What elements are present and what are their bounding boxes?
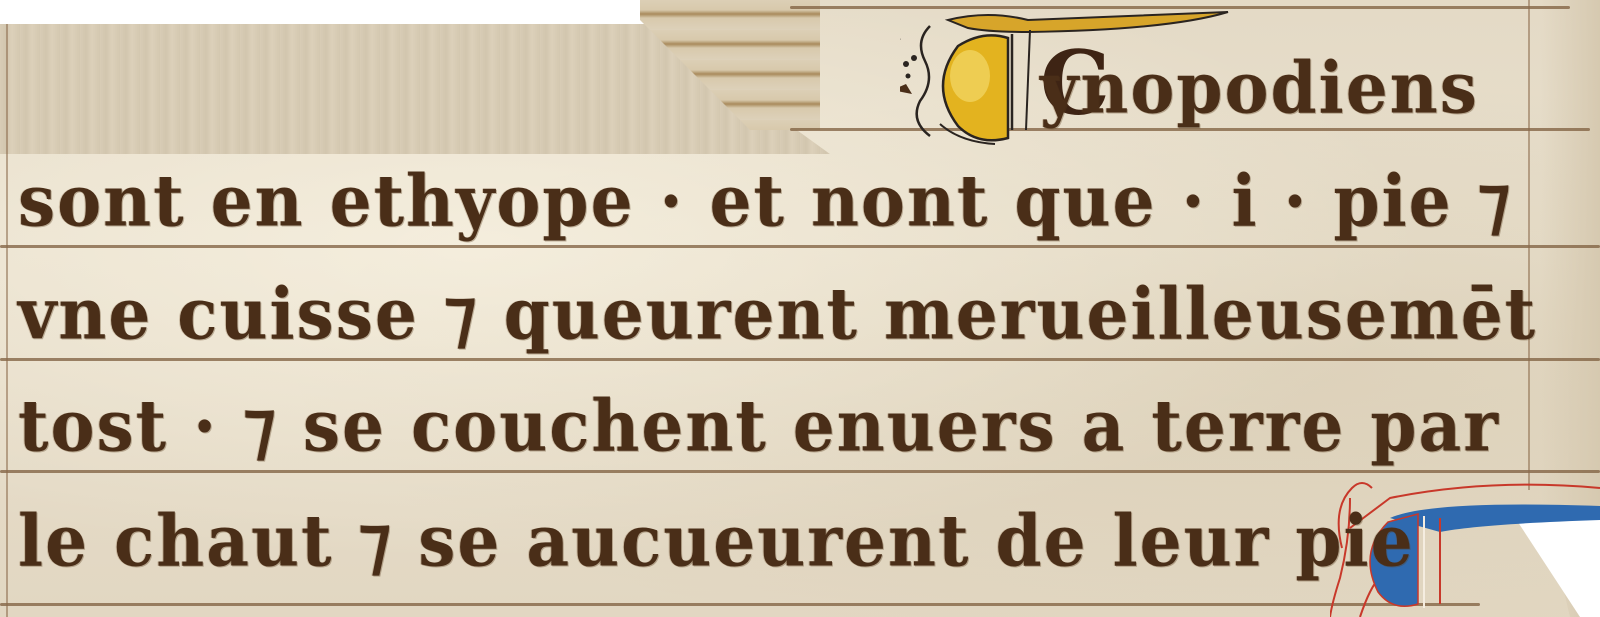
blank-corner [0,0,650,23]
line-text: tost · ⁊ se couchent enuers a terre par [18,384,1500,468]
line-text: le chaut ⁊ se aucueurent de leur pie [18,499,1415,583]
text-line-1: ynopodiens [1040,52,1479,123]
text-line-2: sont en ethyope · et nont que · i · pie … [18,165,1512,236]
text-line-3: vne cuisse ⁊ queurent merueilleusemēt [18,278,1537,349]
ruling-line [0,470,1600,473]
ruling-line [0,603,1480,606]
line-text: ynopodiens [1040,46,1479,130]
line-text: sont en ethyope · et nont que · i · pie … [18,159,1512,243]
text-line-5: le chaut ⁊ se aucueurent de leur pie [18,505,1415,576]
manuscript-page: C ynopodiens sont en ethyope · et nont q… [0,0,1600,617]
ruling-line [0,245,1600,248]
line-text: vne cuisse ⁊ queurent merueilleusemēt [18,272,1537,356]
text-line-4: tost · ⁊ se couchent enuers a terre par [18,390,1500,461]
margin-line [1528,0,1530,490]
ruling-line [0,358,1600,361]
margin-line [6,24,8,617]
